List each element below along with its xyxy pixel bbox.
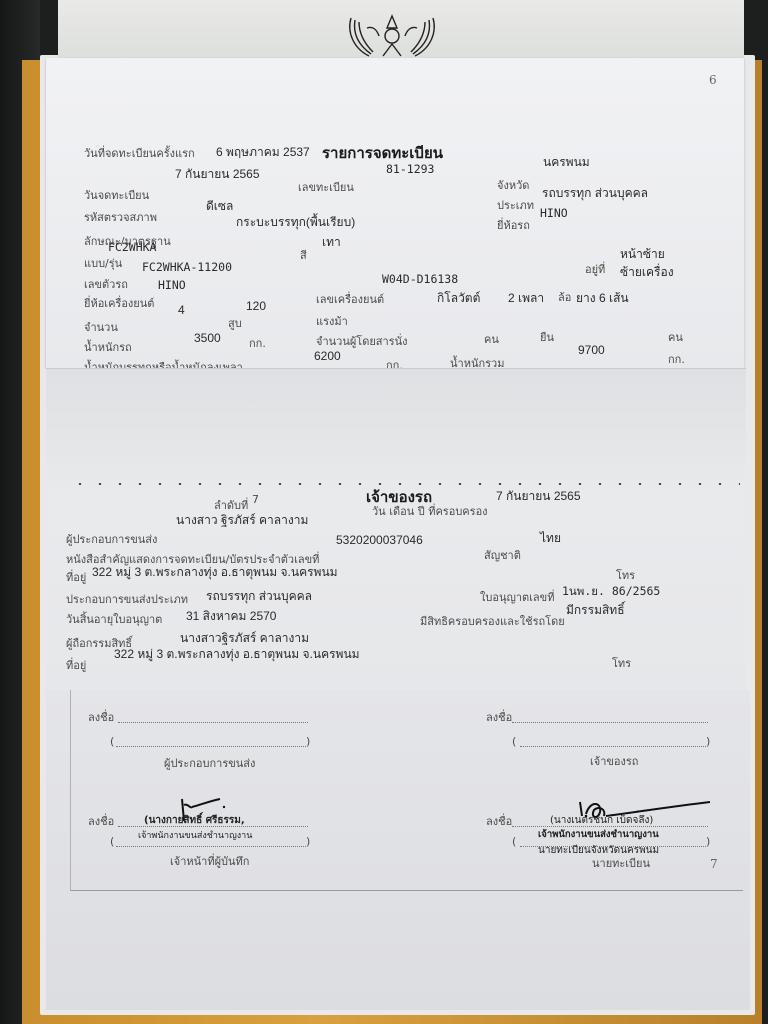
license-expiry-label: วันสิ้นอายุใบอนุญาต <box>66 614 162 625</box>
operator-sign-line <box>118 722 308 723</box>
color: เทา <box>322 236 341 248</box>
operator-address: 322 หมู่ 3 ต.พระกลางทุ่ง อ.ธาตุพนม จ.นคร… <box>92 566 338 578</box>
province-label: จังหวัด <box>497 180 529 191</box>
first-registration-date: 6 พฤษภาคม 2537 <box>216 146 310 158</box>
plate-number-label: เลขทะเบียน <box>298 182 354 193</box>
registrar-sign-label: ลงชื่อ <box>486 816 512 827</box>
perforation-line <box>70 483 740 485</box>
model-code: FC2WHKA <box>108 242 156 254</box>
registration-page: 6 วันที่จดทะเบียนครั้งแรก 6 พฤษภาคม 2537… <box>46 58 744 368</box>
cylinders-unit: สูบ <box>228 318 242 329</box>
paren-open: ( <box>110 736 114 747</box>
brand-label: ยี่ห้อรถ <box>497 220 530 231</box>
standing-label: ยืน <box>540 332 554 343</box>
horsepower-label: แรงม้า <box>316 316 348 327</box>
id-number: 5320200037046 <box>336 534 423 546</box>
paren-close-4: ) <box>706 836 710 847</box>
vehicle-type-label: ประเภท <box>497 200 534 211</box>
tire-count: ยาง 6 เส้น <box>576 292 629 304</box>
recorder-name-line <box>116 846 306 847</box>
operator-name-line <box>116 746 306 747</box>
vehicle-weight: 3500 <box>194 332 221 344</box>
possession-by-label: มีสิทธิครอบครองและใช้รถโดย <box>420 616 565 627</box>
weight-unit-3: กก. <box>668 354 685 365</box>
engine-number: W04D-D16138 <box>382 274 458 286</box>
recorder-role: เจ้าหน้าที่ผู้บันทึก <box>170 856 249 867</box>
chassis-number: FC2WHKA-11200 <box>142 262 232 274</box>
registrar-sign-line <box>512 826 708 827</box>
operator-sign-label: ลงชื่อ <box>88 712 114 723</box>
passengers-label: จำนวนผู้โดยสารนั่ง <box>316 336 407 347</box>
paren-open-3: ( <box>110 836 114 847</box>
body-style: กระบะบรรทุก(พื้นเรียบ) <box>236 216 355 228</box>
paren-close-2: ) <box>706 736 710 747</box>
weight-unit-1: กก. <box>249 338 266 349</box>
axle-count: 2 เพลา <box>508 292 544 304</box>
license-number-label: ใบอนุญาตเลขที่ <box>480 592 554 603</box>
phone-label-2: โทร <box>612 658 631 669</box>
owner-title: เจ้าของรถ <box>366 490 432 505</box>
cylinders-label: จำนวน <box>84 322 118 333</box>
nationality: ไทย <box>540 532 561 544</box>
id-label: หนังสือสำคัญแสดงการจดทะเบียน/บัตรประจำตั… <box>66 554 319 565</box>
location-label: อยู่ที่ <box>585 264 605 275</box>
operator-role: ผู้ประกอบการขนส่ง <box>164 758 255 769</box>
model-label: แบบ/รุ่น <box>84 258 122 269</box>
garuda-emblem-icon <box>347 14 437 58</box>
nationality-label: สัญชาติ <box>484 550 521 561</box>
registrar-position: เจ้าพนักงานขนส่งชำนาญงาน <box>538 830 659 840</box>
possession-date-label: วัน เดือน ปี ที่ครอบครอง <box>372 506 488 517</box>
operator-label: ผู้ประกอบการขนส่ง <box>66 534 157 545</box>
chassis-label: เลขตัวรถ <box>84 279 128 290</box>
transport-type: รถบรรทุก ส่วนบุคคล <box>206 590 312 602</box>
total-weight: 9700 <box>578 344 605 356</box>
paren-open-2: ( <box>512 736 516 747</box>
sequence-number: 7 <box>252 494 259 505</box>
owner-sign-line <box>512 722 708 723</box>
paren-close: ) <box>306 736 310 747</box>
recorder-name: (นางกายสิทธิ์ ศรีธรรม, <box>144 816 245 826</box>
person-unit-standing: คน <box>668 332 683 343</box>
cylinder-count: 4 <box>178 304 185 316</box>
phone-label-1: โทร <box>616 570 635 581</box>
holder-address-label: ที่อยู่ <box>66 660 86 671</box>
person-unit-seated: คน <box>484 334 499 345</box>
brand: HINO <box>540 208 568 220</box>
engine-power: 120 <box>246 300 266 312</box>
holder-name: นางสาวฐิรภัสร์ คาลางาม <box>180 632 309 644</box>
paren-close-3: ) <box>306 836 310 847</box>
sequence-label: ลำดับที่ <box>214 500 248 511</box>
first-registration-label: วันที่จดทะเบียนครั้งแรก <box>84 148 195 159</box>
registrar-office: นายทะเบียนจังหวัดนครพนม <box>538 846 659 856</box>
power-unit: กิโลวัตต์ <box>437 292 480 304</box>
page-number-bottom: 7 <box>710 858 718 870</box>
chassis-location: หน้าซ้าย <box>620 248 665 260</box>
registration-date-label: วันจดทะเบียน <box>84 190 149 201</box>
engine-location: ซ้ายเครื่อง <box>620 266 674 278</box>
recorder-sign-line <box>118 826 308 827</box>
engine-brand: HINO <box>158 280 186 292</box>
paren-open-4: ( <box>512 836 516 847</box>
license-expiry: 31 สิงหาคม 2570 <box>186 610 276 622</box>
registration-title: รายการจดทะเบียน <box>322 146 443 161</box>
vehicle-type: รถบรรทุก ส่วนบุคคล <box>542 187 648 199</box>
fuel-type: ดีเซล <box>206 200 233 212</box>
plate-number: 81-1293 <box>386 164 434 176</box>
holder-address: 322 หมู่ 3 ต.พระกลางทุ่ง อ.ธาตุพนม จ.นคร… <box>114 648 360 660</box>
operator-name: นางสาว ฐิรภัสร์ คาลางาม <box>176 514 308 526</box>
recorder-sign-label: ลงชื่อ <box>88 816 114 827</box>
load-weight: 6200 <box>314 350 341 362</box>
registration-date: 7 กันยายน 2565 <box>175 168 260 180</box>
address-label: ที่อยู่ <box>66 572 86 583</box>
possession-by: มีกรรมสิทธิ์ <box>566 604 625 616</box>
license-number: 1นพ.ย. 86/2565 <box>562 586 660 598</box>
owner-sign-label: ลงชื่อ <box>486 712 512 723</box>
registrar-role: นายทะเบียน <box>592 858 650 869</box>
wheels-label: ล้อ <box>558 292 571 303</box>
engine-brand-label: ยี่ห้อเครื่องยนต์ <box>84 298 154 309</box>
owner-page <box>46 368 746 691</box>
transport-type-label: ประกอบการขนส่งประเภท <box>66 594 188 605</box>
engine-number-label: เลขเครื่องยนต์ <box>316 294 384 305</box>
owner-name-line <box>520 746 706 747</box>
page-number-top: 6 <box>709 74 717 86</box>
recorder-position: เจ้าพนักงานขนส่งชำนาญงาน <box>138 832 252 841</box>
inspection-code-label: รหัสตรวจสภาพ <box>84 212 157 223</box>
registrar-name: (นางเนตรชนก เบ็ดจลึง) <box>550 816 653 826</box>
vehicle-weight-label: น้ำหนักรถ <box>84 342 132 353</box>
color-label: สี <box>300 250 307 261</box>
province: นครพนม <box>543 156 590 168</box>
owner-role: เจ้าของรถ <box>590 756 638 767</box>
possession-date: 7 กันยายน 2565 <box>496 490 581 502</box>
